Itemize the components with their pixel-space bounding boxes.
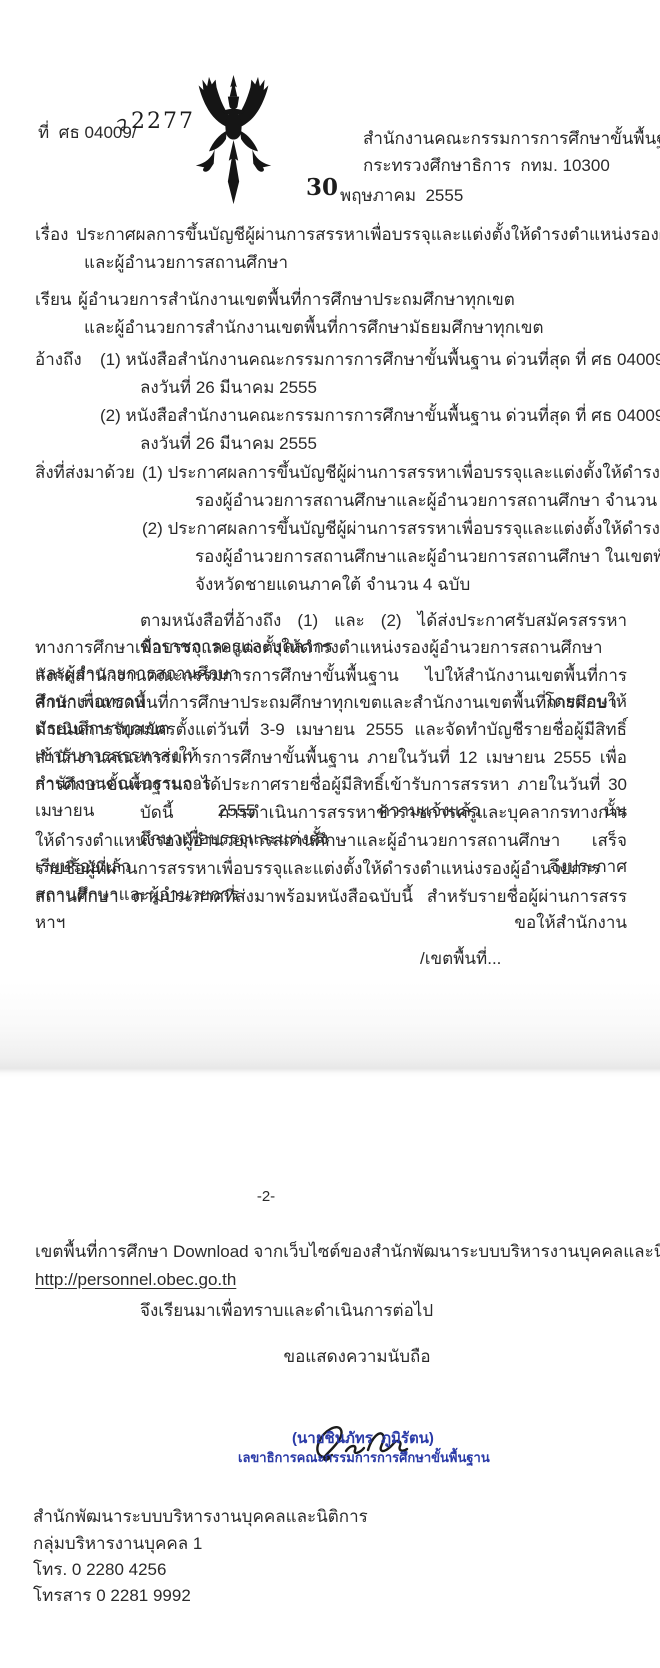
enclosure-item: รองผู้อำนวยการสถานศึกษาและผู้อำนวยการสถา…: [195, 546, 660, 568]
garuda-emblem: [185, 30, 282, 250]
document-page: ที่ ศธ 04009/ ว 2277 สำนักงานคณะกรรมการก…: [0, 0, 660, 1668]
enclosure-item: รองผู้อำนวยการสถานศึกษาและผู้อำนวยการสถา…: [195, 490, 660, 512]
subject-line-2: และผู้อำนวยการสถานศึกษา: [84, 252, 288, 274]
salutation: ขอแสดงความนับถือ: [257, 1346, 457, 1368]
personnel-website-link[interactable]: http://personnel.obec.go.th: [35, 1269, 236, 1291]
org-address-line-1: สำนักงานคณะกรรมการการศึกษาขั้นพื้นฐาน: [363, 128, 660, 150]
to-line-1: ผู้อำนวยการสำนักงานเขตพื้นที่การศึกษาประ…: [78, 289, 515, 311]
reference-item: ลงวันที่ 26 มีนาคม 2555: [140, 377, 317, 399]
enclosure-item: จังหวัดชายแดนภาคใต้ จำนวน 4 ฉบับ: [195, 574, 470, 596]
continuation-mark: /เขตพื้นที่...: [420, 948, 501, 970]
references-label: อ้างถึง: [35, 349, 82, 371]
reference-item: (1) หนังสือสำนักงานคณะกรรมการการศึกษาขั้…: [100, 349, 660, 371]
to-label: เรียน: [35, 289, 72, 311]
subject-line-1: ประกาศผลการขึ้นบัญชีผู้ผ่านการสรรหาเพื่อ…: [76, 224, 660, 246]
enclosure-item: (1) ประกาศผลการขึ้นบัญชีผู้ผ่านการสรรหาเ…: [142, 462, 660, 484]
reference-item: (2) หนังสือสำนักงานคณะกรรมการการศึกษาขั้…: [100, 405, 660, 427]
footer-department: สำนักพัฒนาระบบบริหารงานบุคคลและนิติการ: [33, 1506, 368, 1528]
signer-title: เลขาธิการคณะกรรมการการศึกษาขั้นพื้นฐาน: [238, 1447, 488, 1469]
reference-item: ลงวันที่ 26 มีนาคม 2555: [140, 433, 317, 455]
letter-ref-handwritten: ว: [114, 114, 126, 137]
to-line-2: และผู้อำนวยการสำนักงานเขตพื้นที่การศึกษา…: [84, 317, 544, 339]
org-address-line-2: กระทรวงศึกษาธิการ กทม. 10300: [363, 155, 610, 177]
page2-intro-line: เขตพื้นที่การศึกษา Download จากเว็บไซต์ข…: [35, 1241, 660, 1263]
subject-label: เรื่อง: [35, 224, 68, 246]
closing-line: จึงเรียนมาเพื่อทราบและดำเนินการต่อไป: [140, 1300, 433, 1322]
footer-phone: โทร. 0 2280 4256: [33, 1559, 166, 1581]
enclosure-item: (2) ประกาศผลการขึ้นบัญชีผู้ผ่านการสรรหาเ…: [142, 518, 660, 540]
footer-group: กลุ่มบริหารงานบุคคล 1: [33, 1533, 202, 1555]
letter-ref-stamp-number: 2277: [131, 111, 195, 133]
date-month-year: พฤษภาคม 2555: [340, 185, 463, 207]
page-number: -2-: [238, 1186, 294, 1208]
footer-fax: โทรสาร 0 2281 9992: [33, 1585, 191, 1607]
body-paragraph-line: สถานศึกษา ตามประกาศที่ส่งมาพร้อมหนังสือฉ…: [35, 884, 627, 936]
date-day-stamp: 30: [306, 177, 338, 199]
enclosures-label: สิ่งที่ส่งมาด้วย: [35, 462, 135, 484]
scan-artifact-band: [0, 982, 660, 1078]
